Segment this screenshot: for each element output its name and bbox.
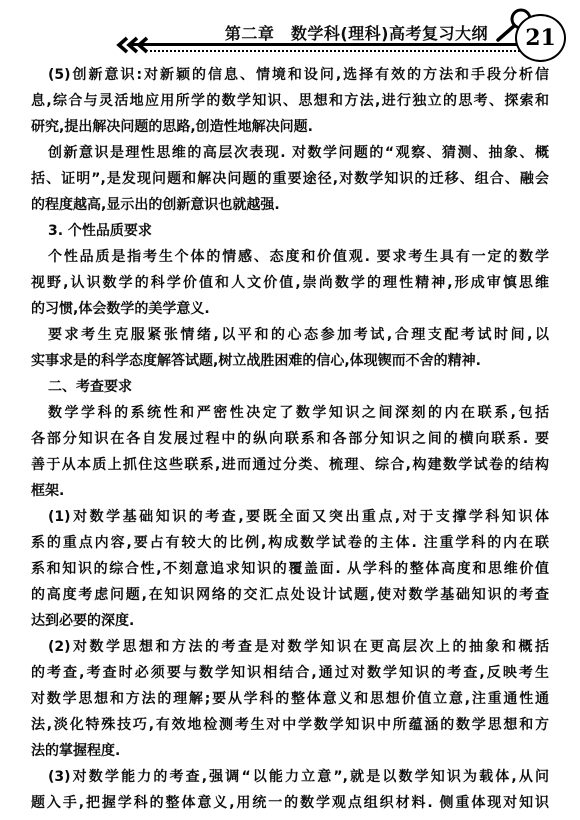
text-line: 系和知识的综合性,不刻意追求知识的覆盖面. 从学科的整体高度和思维价值 [31,556,549,582]
text-line: 达到必要的深度. [31,608,549,634]
text-line: 框架. [31,478,549,504]
text-line: 的习惯,体会数学的美学意义. [31,296,549,322]
book-page: 第二章 数学科(理科)高考复习大纲 21 (5)创新意识:对新颖的信息、情境和设… [0,0,580,820]
text-line: 创新意识是理性思维的高层次表现. 对数学问题的“观察、猜测、抽象、概 [31,140,549,166]
text-line: 法,淡化特殊技巧,有效地检测考生对中学数学知识中所蕴涵的数学思想和方 [31,712,549,738]
text-line: 研究,提出解决问题的思路,创造性地解决问题. [31,114,549,140]
text-line: 实事求是的科学态度解答试题,树立战胜困难的信心,体现锲而不舍的精神. [31,348,549,374]
text-line: 的高度考虑问题,在知识网络的交汇点处设计试题,使对数学基础知识的考查 [31,582,549,608]
text-line: 数学学科的系统性和严密性决定了数学知识之间深刻的内在联系,包括 [31,400,549,426]
page-number: 21 [525,25,556,51]
text-line: (3)对数学能力的考查,强调“以能力立意”,就是以数学知识为载体,从问 [31,764,549,790]
text-line: 3. 个性品质要求 [31,218,549,244]
text-line: 法的掌握程度. [31,738,549,764]
text-line: 括、证明”,是发现问题和解决问题的重要途径,对数学知识的迁移、组合、融会 [31,166,549,192]
text-line: 题入手,把握学科的整体意义,用统一的数学观点组织材料. 侧重体现对知识 [31,790,549,816]
text-line: 要求考生克服紧张情绪,以平和的心态参加考试,合理支配考试时间,以 [31,322,549,348]
text-line: 息,综合与灵活地应用所学的数学知识、思想和方法,进行独立的思考、探索和 [31,88,549,114]
page-body: (5)创新意识:对新颖的信息、情境和设问,选择有效的方法和手段分析信息,综合与灵… [31,62,549,816]
text-line: 的程度越高,显示出的创新意识也就越强. [31,192,549,218]
text-line: (5)创新意识:对新颖的信息、情境和设问,选择有效的方法和手段分析信 [31,62,549,88]
header-rule-solid [130,43,521,46]
header-rule-dotted [150,50,524,52]
text-line: 善于从本质上抓住这些联系,进而通过分类、梳理、综合,构建数学试卷的结构 [31,452,549,478]
text-line: (2)对数学思想和方法的考查是对数学知识在更高层次上的抽象和概括 [31,634,549,660]
text-line: 二、考查要求 [31,374,549,400]
page-number-badge: 21 [515,14,566,62]
text-line: 个性品质是指考生个体的情感、态度和价值观. 要求考生具有一定的数学 [31,244,549,270]
text-line: 系的重点内容,要占有较大的比例,构成数学试卷的主体. 注重学科的内在联 [31,530,549,556]
text-line: 对数学思想和方法的理解;要从学科的整体意义和思想价值立意,注重通性通 [31,686,549,712]
text-line: 的考查,考查时必须要与数学知识相结合,通过对数学知识的考查,反映考生 [31,660,549,686]
text-line: 视野,认识数学的科学价值和人文价值,崇尚数学的理性精神,形成审慎思维 [31,270,549,296]
text-line: 各部分知识在各自发展过程中的纵向联系和各部分知识之间的横向联系. 要 [31,426,549,452]
text-line: (1)对数学基础知识的考查,要既全面又突出重点,对于支撑学科知识体 [31,504,549,530]
chapter-title: 第二章 数学科(理科)高考复习大纲 [225,21,488,44]
